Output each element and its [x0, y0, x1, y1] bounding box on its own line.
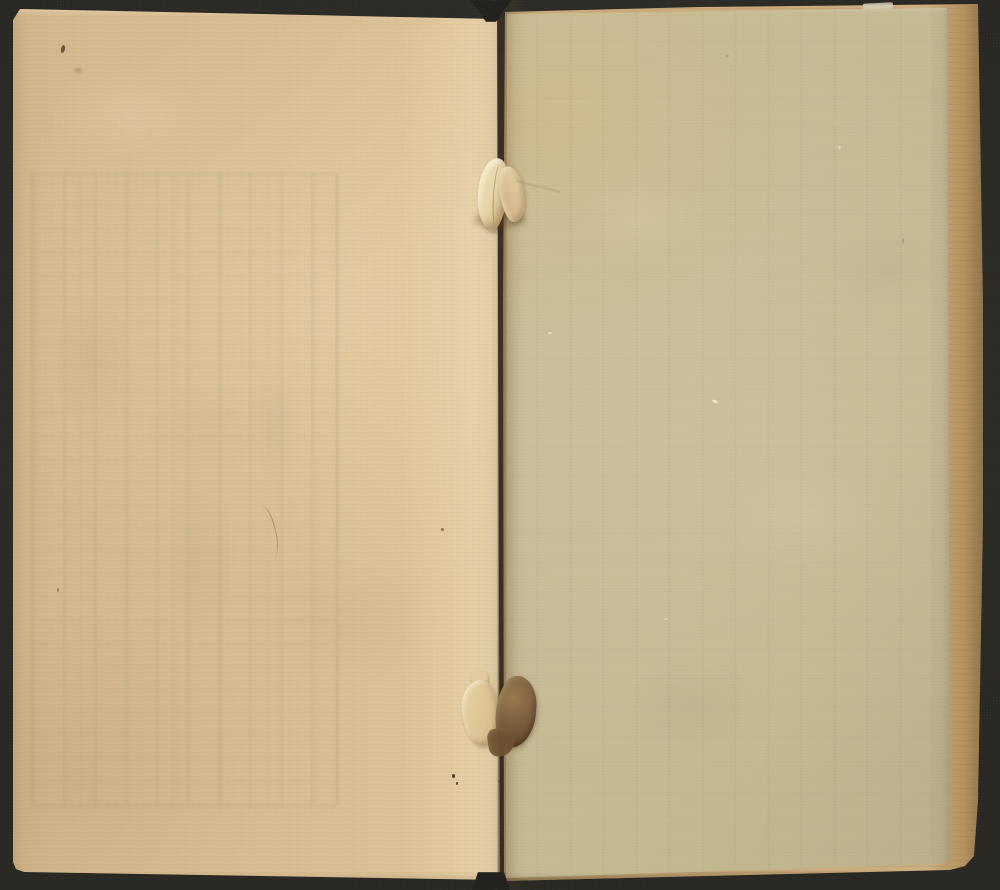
- ink-speck: [60, 45, 66, 54]
- stain-speck: [452, 774, 455, 778]
- paper-fleck: [441, 528, 444, 531]
- paper-fibre-fleck: [838, 146, 841, 149]
- paper-fibre-fleck: [712, 399, 719, 404]
- repair-tab: [466, 150, 540, 242]
- paper-fibre-fleck: [725, 55, 729, 57]
- paste-stain: [448, 666, 544, 770]
- smudge-mark: [74, 68, 82, 73]
- fibre-hair-mark: [254, 504, 282, 558]
- photo-backdrop: [0, 0, 1000, 890]
- spine-bottom-notch: [472, 872, 510, 890]
- text-showthrough-block: [30, 173, 338, 807]
- paper-fibre-fleck: [664, 618, 668, 620]
- paper-fibre-fleck: [548, 332, 552, 334]
- stain-speck: [498, 780, 500, 782]
- stain-speck: [456, 782, 458, 785]
- paper-fibre-fleck: [902, 238, 904, 243]
- paper-fleck: [57, 588, 59, 592]
- right-page: [504, 6, 952, 882]
- left-page: [10, 8, 502, 883]
